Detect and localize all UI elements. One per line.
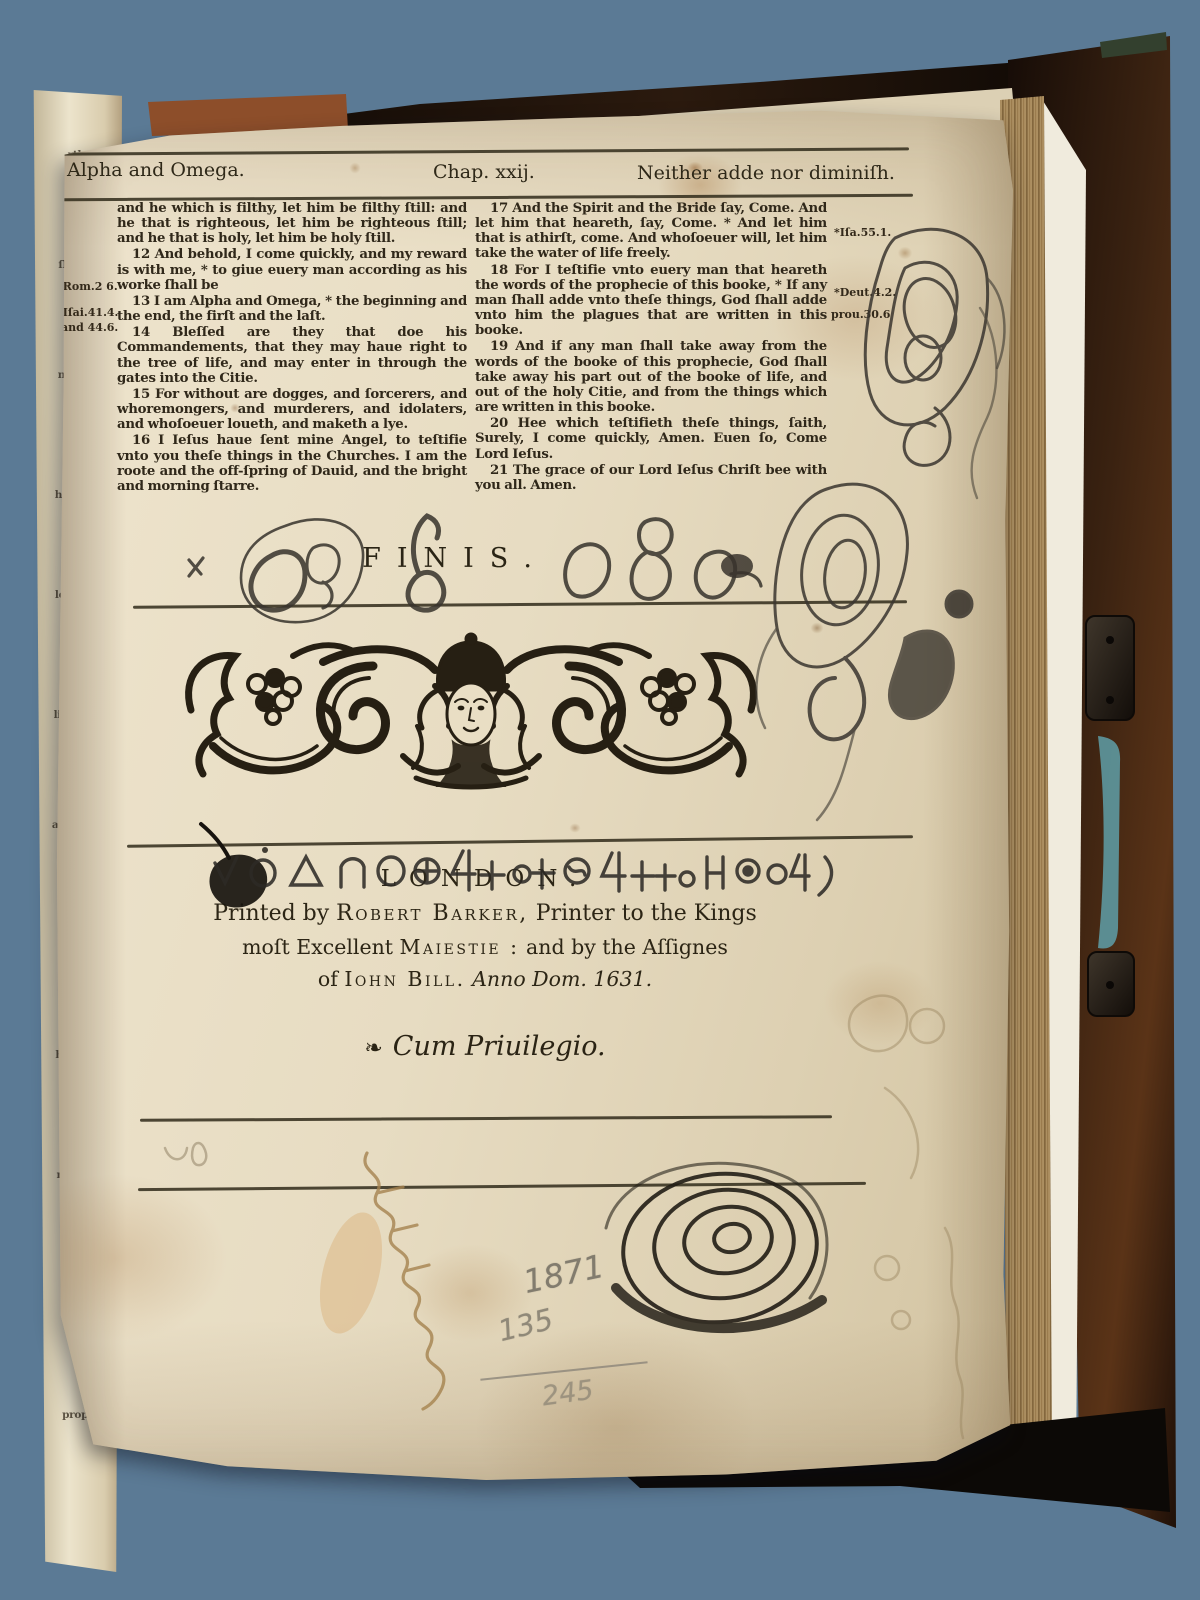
imprint-text: moſt Excellent — [242, 935, 399, 959]
sepia-zigzag-doodle — [305, 1143, 545, 1413]
imprint-date: Anno Dom. 1631. — [466, 967, 653, 991]
verse-text: and he which is filthy, let him be filth… — [117, 201, 467, 246]
faint-marks-bottom-left — [155, 1128, 245, 1188]
running-head-right: Neither adde nor diminiſh. — [637, 164, 895, 183]
photo-of-antique-bible-page: rth, but ſ ſhall turne nd his ſinn he th… — [0, 0, 1200, 1600]
bible-page: Alpha and Omega. Chap. xxij. Neither add… — [55, 108, 1013, 1480]
verse-text: 13 I am Alpha and Omega, * the beginning… — [117, 294, 467, 324]
verse-text: 12 And behold, I come quickly, and my re… — [117, 247, 467, 292]
margin-note: and 44.6. — [61, 321, 118, 335]
verse-text: 14 Bleſſed are they that doe his Command… — [117, 325, 467, 386]
ink-doodles-upper-right — [695, 208, 1025, 833]
text-column-left: and he which is filthy, let him be filth… — [117, 201, 467, 536]
imprint-text: and by the Aſſignes — [520, 935, 728, 959]
imprint-text: Maiestie : — [400, 935, 520, 959]
fleuron-icon: ❧ — [364, 1036, 382, 1061]
bottom-rule-1 — [140, 1115, 832, 1121]
printer-name: Iohn Bill. — [344, 967, 465, 991]
running-head-chapter: Chap. xxij. — [433, 163, 535, 182]
child-scrawl-doodle — [205, 843, 865, 909]
margin-note: *Rom.2 6. — [57, 280, 118, 294]
spiral-doodle — [570, 1138, 870, 1383]
verse-text: 15 For without are dogges, and ſorcerers… — [117, 387, 467, 432]
header-rule-top — [63, 147, 909, 155]
verse-text: 16 I Ieſus haue ſent mine Angel, to teſt… — [117, 433, 467, 494]
imprint-line-2: moſt Excellent Maiestie : and by the Aſſ… — [85, 937, 885, 958]
imprint-text: of — [318, 967, 344, 991]
privilege-line: ❧Cum Priuilegio. — [235, 1033, 735, 1060]
imprint-line-3: of Iohn Bill. Anno Dom. 1631. — [85, 969, 885, 990]
privilege-text: Cum Priuilegio. — [393, 1031, 606, 1062]
margin-note: *Iſai.41.4. — [57, 306, 118, 320]
running-head-left: Alpha and Omega. — [67, 161, 245, 180]
